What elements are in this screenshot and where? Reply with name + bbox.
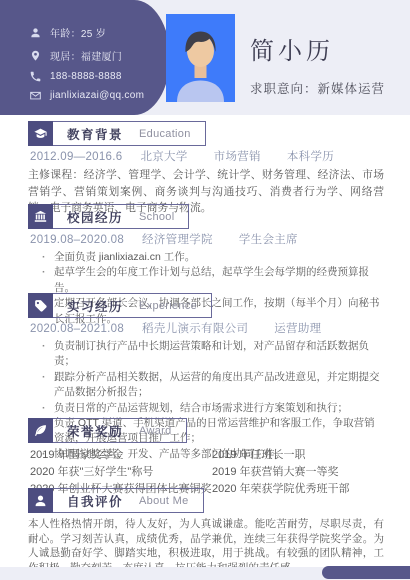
school-title: 校园经历 (67, 208, 123, 226)
footer-strip (0, 567, 410, 580)
school-date: 2019.08–2020.08 (30, 234, 124, 247)
award-item: 2019 年国家奖学金 (30, 449, 212, 462)
award-icon-badge (28, 418, 53, 443)
tag-icon (34, 299, 47, 312)
resume-page: 年龄：25 岁 现居：福建厦门 188-8888-8888 jianlixiaz… (0, 0, 410, 580)
leaf-icon (34, 424, 47, 437)
experience-company: 稻壳儿演示有限公司 (142, 323, 248, 336)
experience-date: 2020.08–2021.08 (30, 323, 124, 336)
section-about: 自我评价 About Me 本人性格热情开朗，待人友好，为人真诚谦虚。能吃苦耐劳… (28, 488, 384, 575)
contact-email-text: jianlixiazai@qq.com (50, 90, 144, 101)
award-header: 荣誉奖励 Award (28, 418, 384, 443)
experience-bullet: 跟踪分析产品相关数据，从运营的角度出具产品改进意见，并定期提交产品数据分析报告； (28, 370, 384, 401)
contact-age-text: 年龄：25 岁 (50, 25, 106, 40)
about-subtitle: About Me (139, 495, 188, 507)
about-title: 自我评价 (67, 492, 123, 510)
education-title: 教育背景 (67, 125, 123, 143)
person-icon (30, 27, 41, 38)
experience-header: 实习经历 Experience (28, 293, 384, 318)
experience-bullet: 负责制订执行产品中长期运营策略和计划，对产品留存和活跃数据负责； (28, 339, 384, 370)
award-item: 2019 年获营销大赛一等奖 (212, 466, 384, 479)
experience-title: 实习经历 (67, 297, 123, 315)
school-role: 学生会主席 (239, 234, 298, 247)
contact-age: 年龄：25 岁 (30, 25, 144, 40)
contact-email: jianlixiazai@qq.com (30, 90, 144, 101)
school-bullet: 起草学生会的年度工作计划与总结，起草学生会每学期的经费预算报告。 (28, 265, 384, 296)
about-header: 自我评价 About Me (28, 488, 384, 513)
school-title-box: 校园经历 School (53, 204, 189, 229)
award-title: 荣誉奖励 (67, 422, 123, 440)
contact-location-text: 现居：福建厦门 (50, 48, 122, 63)
experience-icon-badge (28, 293, 53, 318)
education-title-box: 教育背景 Education (53, 121, 206, 146)
phone-icon (30, 71, 41, 82)
job-intention: 求职意向：新媒体运营 (250, 79, 385, 97)
school-subtitle: School (139, 211, 174, 223)
school-icon-badge (28, 204, 53, 229)
person-icon (34, 494, 47, 507)
contact-info: 年龄：25 岁 现居：福建厦门 188-8888-8888 jianlixiaz… (30, 25, 144, 109)
education-date: 2012.09—2016.6 (30, 151, 122, 164)
school-meta: 2019.08–2020.08 经济管理学院 学生会主席 (30, 234, 384, 247)
education-icon-badge (28, 121, 53, 146)
education-subtitle: Education (139, 128, 191, 140)
contact-location: 现居：福建厦门 (30, 48, 144, 63)
contact-phone: 188-8888-8888 (30, 71, 144, 82)
education-meta: 2012.09—2016.6 北京大学 市场营销 本科学历 (30, 151, 384, 164)
about-icon-badge (28, 488, 53, 513)
school-building-icon (34, 210, 47, 223)
school-org: 经济管理学院 (142, 234, 213, 247)
email-icon (30, 90, 41, 101)
location-icon (30, 50, 41, 61)
school-bullet: 全面负责 jianlixiazai.cn 工作。 (28, 250, 384, 265)
education-header: 教育背景 Education (28, 121, 384, 146)
portrait-avatar-icon (166, 14, 235, 102)
education-major: 市场营销 (214, 151, 261, 164)
award-item: 2020 年获"三好学生"称号 (30, 466, 212, 479)
school-header: 校园经历 School (28, 204, 384, 229)
section-award: 荣誉奖励 Award 2019 年国家奖学金 2019 年任班长一职 2020 … (28, 418, 384, 496)
header: 年龄：25 岁 现居：福建厦门 188-8888-8888 jianlixiaz… (0, 0, 410, 115)
contact-phone-text: 188-8888-8888 (50, 71, 122, 82)
section-education: 教育背景 Education 2012.09—2016.6 北京大学 市场营销 … (28, 121, 384, 217)
name-block: 简小历 求职意向：新媒体运营 (250, 31, 385, 97)
avatar (166, 14, 235, 102)
education-degree: 本科学历 (287, 151, 334, 164)
experience-title-box: 实习经历 Experience (53, 293, 212, 318)
education-school: 北京大学 (140, 151, 187, 164)
experience-role: 运营助理 (274, 323, 321, 336)
graduation-cap-icon (34, 127, 47, 140)
experience-subtitle: Experience (139, 300, 197, 312)
award-title-box: 荣誉奖励 Award (53, 418, 187, 443)
award-item: 2019 年任班长一职 (212, 449, 384, 462)
experience-meta: 2020.08–2021.08 稻壳儿演示有限公司 运营助理 (30, 323, 384, 336)
candidate-name: 简小历 (250, 31, 385, 66)
experience-bullet: 负责日常的产品运营规划，结合市场需求进行方案策划和执行； (28, 401, 384, 416)
award-subtitle: Award (139, 425, 171, 437)
about-title-box: 自我评价 About Me (53, 488, 204, 513)
footer-accent-pill (322, 566, 410, 579)
